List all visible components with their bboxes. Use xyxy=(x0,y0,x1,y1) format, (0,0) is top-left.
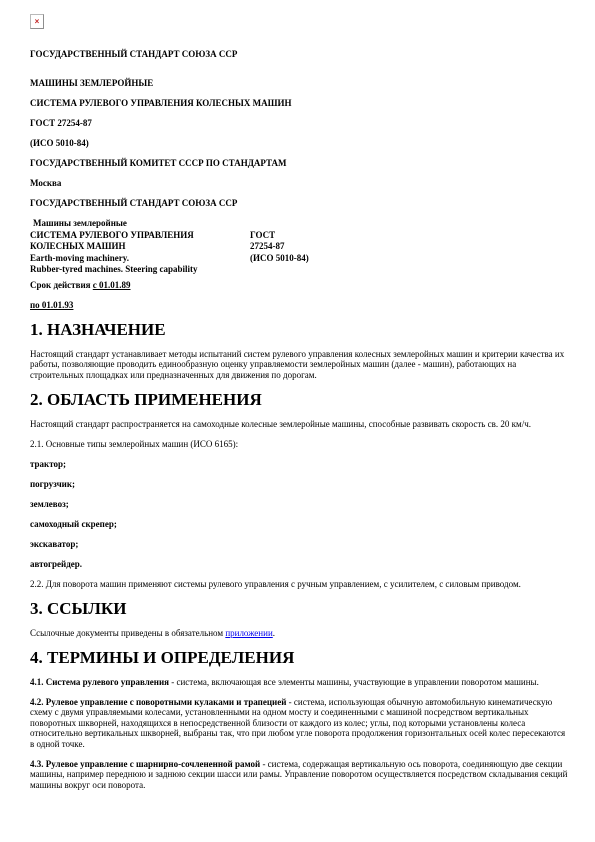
title-code-iso: (ИСО 5010-84) xyxy=(250,253,309,265)
validity-prefix: Срок действия xyxy=(30,280,93,290)
section-3-text-before-link: Ссылочные документы приведены в обязател… xyxy=(30,628,225,638)
machine-type-item-grader: автогрейдер. xyxy=(30,559,570,570)
title-block-codes: ГОСТ 27254-87 (ИСО 5010-84) xyxy=(250,218,309,276)
title-ru-main-2: КОЛЕСНЫХ МАШИН xyxy=(30,241,126,251)
title-block-names: Машины землеройные СИСТЕМА РУЛЕВОГО УПРА… xyxy=(30,218,250,276)
title-block: Машины землеройные СИСТЕМА РУЛЕВОГО УПРА… xyxy=(30,218,570,276)
preamble-line-system-title: СИСТЕМА РУЛЕВОГО УПРАВЛЕНИЯ КОЛЕСНЫХ МАШ… xyxy=(30,98,570,109)
section-1-paragraph: Настоящий стандарт устанавливает методы … xyxy=(30,349,570,381)
section-2-paragraph-2-2: 2.2. Для поворота машин применяют систем… xyxy=(30,579,570,590)
machine-type-item-dumper: землевоз; xyxy=(30,499,570,510)
validity-to-date: по 01.01.93 xyxy=(30,300,73,310)
machine-type-item-scraper: самоходный скрепер; xyxy=(30,519,570,530)
title-code-number: 27254-87 xyxy=(250,241,309,253)
preamble-line-iso-number: (ИСО 5010-84) xyxy=(30,138,570,149)
section-2-paragraph-2-1: 2.1. Основные типы землеройных машин (ИС… xyxy=(30,439,570,450)
broken-image-icon: × xyxy=(30,14,44,29)
section-4-heading: 4. ТЕРМИНЫ И ОПРЕДЕЛЕНИЯ xyxy=(30,648,570,668)
title-ru-subtitle: Машины землеройные xyxy=(30,218,127,228)
section-2-heading: 2. ОБЛАСТЬ ПРИМЕНЕНИЯ xyxy=(30,390,570,410)
term-definition-4-3: 4.3. Рулевое управление с шарнирно-сочле… xyxy=(30,759,570,791)
machine-type-item-loader: погрузчик; xyxy=(30,479,570,490)
validity-from-line: Срок действия с 01.01.89 xyxy=(30,280,570,291)
title-code-gost: ГОСТ xyxy=(250,230,309,242)
preamble-line-gost-number: ГОСТ 27254-87 xyxy=(30,118,570,129)
preamble-line-city: Москва xyxy=(30,178,570,189)
term-definition-4-2: 4.2. Рулевое управление с поворотными ку… xyxy=(30,697,570,750)
section-3-paragraph: Ссылочные документы приведены в обязател… xyxy=(30,628,570,639)
validity-from-date: с 01.01.89 xyxy=(93,280,131,290)
title-en-2: Rubber-tyred machines. Steering capabili… xyxy=(30,264,198,274)
machine-type-item-tractor: трактор; xyxy=(30,459,570,470)
broken-image-x-glyph: × xyxy=(35,18,40,26)
term-definition-4-1: 4.1. Система рулевого управления - систе… xyxy=(30,677,570,688)
section-1-heading: 1. НАЗНАЧЕНИЕ xyxy=(30,320,570,340)
section-3-text-after-link: . xyxy=(273,628,275,638)
term-4-2: 4.2. Рулевое управление с поворотными ку… xyxy=(30,697,286,707)
term-4-3: 4.3. Рулевое управление с шарнирно-сочле… xyxy=(30,759,260,769)
preamble-line-standard-union-2: ГОСУДАРСТВЕННЫЙ СТАНДАРТ СОЮЗА ССР xyxy=(30,198,570,209)
title-ru-main-1: СИСТЕМА РУЛЕВОГО УПРАВЛЕНИЯ xyxy=(30,230,194,240)
definition-4-1: - система, включающая все элементы машин… xyxy=(169,677,539,687)
preamble-line-committee: ГОСУДАРСТВЕННЫЙ КОМИТЕТ СССР ПО СТАНДАРТ… xyxy=(30,158,570,169)
term-4-1: 4.1. Система рулевого управления xyxy=(30,677,169,687)
title-en-1: Earth-moving machinery. xyxy=(30,253,129,263)
section-3-heading: 3. ССЫЛКИ xyxy=(30,599,570,619)
validity-to-line: по 01.01.93 xyxy=(30,300,570,311)
preamble-line-standard-union-1: ГОСУДАРСТВЕННЫЙ СТАНДАРТ СОЮЗА ССР xyxy=(30,49,570,60)
preamble-line-machines: МАШИНЫ ЗЕМЛЕРОЙНЫЕ xyxy=(30,78,570,89)
section-2-paragraph-scope: Настоящий стандарт распространяется на с… xyxy=(30,419,570,430)
document-page: × ГОСУДАРСТВЕННЫЙ СТАНДАРТ СОЮЗА ССР МАШ… xyxy=(0,0,595,842)
annex-link[interactable]: приложении xyxy=(225,628,272,638)
machine-type-item-excavator: экскаватор; xyxy=(30,539,570,550)
